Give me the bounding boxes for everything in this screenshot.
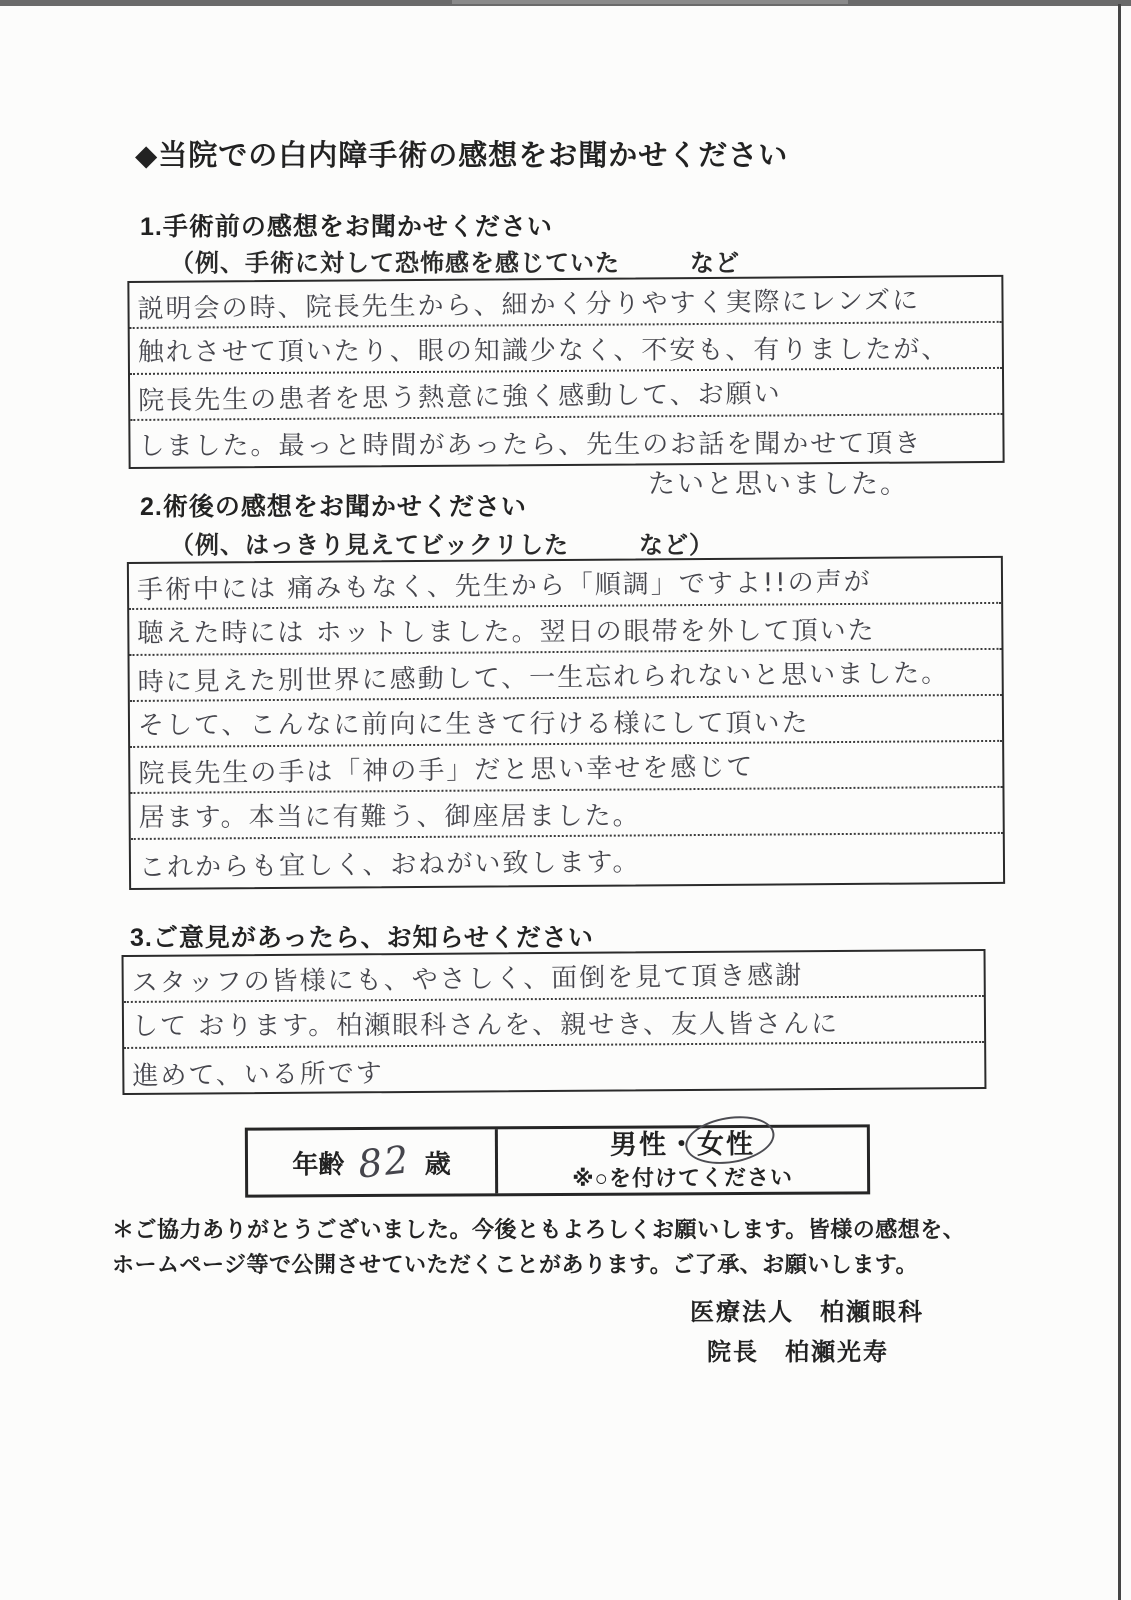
handwritten-line: しました。最っと時間があったら、先生のお話を聞かせて頂き [138, 423, 922, 463]
answer-row: 聴えた時には ホットしました。翌日の眼帯を外して頂いた [129, 604, 1001, 656]
signature-organization: 医療法人 柏瀬眼科 [690, 1292, 924, 1327]
handwritten-line: 院長先生の手は「神の手」だと思い幸せを感じて [138, 746, 754, 790]
gender-female-wrap: 女性 [697, 1128, 755, 1158]
section-2-example: （例、はっきり見えてビックリした など） [170, 525, 714, 560]
section-1-example-suffix: など [690, 243, 740, 278]
answer-row: 院長先生の患者を思う熱意に強く感動して、お願い [130, 369, 1002, 421]
section-1-example: （例、手術に対して恐怖感を感じていた など [170, 243, 740, 278]
gender-cell: 男性・女性 ※○を付けてください [498, 1127, 867, 1193]
answer-row: 進めて、いる所です [124, 1043, 984, 1095]
answer-row: 居ます。本当に有難う、御座居ました。 [130, 788, 1002, 840]
handwritten-line: して おります。柏瀬眼科さんを、親せき、友人皆さんに [132, 1003, 839, 1042]
answer-box-1: 説明会の時、院長先生から、細かく分りやすく実際にレンズに 触れさせて頂いたり、眼… [127, 275, 1004, 469]
answer-row: 時に見えた別世界に感動して、一生忘れられないと思いました。 [130, 650, 1002, 702]
handwritten-line: 説明会の時、院長先生から、細かく分りやすく実際にレンズに [137, 280, 920, 326]
section-2-heading: 2.術後の感想をお聞かせください [140, 487, 527, 523]
gender-male-label: 男性 [610, 1129, 668, 1159]
handwritten-line: 居ます。本当に有難う、御座居ました。 [139, 795, 641, 834]
handwritten-line: これからも宜しく、おねがい致します。 [139, 841, 641, 884]
handwritten-line: 触れさせて頂いたり、眼の知識少なく、不安も、有りましたが、 [138, 329, 950, 369]
profile-table: 年齢 82 歳 男性・女性 ※○を付けてください [245, 1124, 870, 1197]
handwritten-line: そして、こんなに前向に生きて行ける様にして頂いた [138, 702, 810, 741]
answer-1-overflow-line: たいと思いました。 [648, 462, 909, 501]
section-1-heading: 1.手術前の感想をお聞かせください [140, 207, 553, 243]
answer-box-2: 手術中には 痛みもなく、先生から「順調」ですよ!!の声が 聴えた時には ホットし… [127, 556, 1005, 890]
age-unit-label: 歳 [425, 1143, 451, 1180]
answer-row: スタッフの皆様にも、やさしく、面倒を見て頂き感謝 [124, 951, 984, 1003]
answer-row: 説明会の時、院長先生から、細かく分りやすく実際にレンズに [129, 277, 1001, 329]
handwritten-line: 進めて、いる所です [132, 1053, 384, 1093]
handwritten-line: 時に見えた別世界に感動して、一生忘れられないと思いました。 [137, 652, 949, 698]
answer-row: して おります。柏瀬眼科さんを、親せき、友人皆さんに [124, 997, 984, 1049]
section-2-example-text: （例、はっきり見えてビックリした [170, 525, 569, 560]
handwritten-line: 手術中には 痛みもなく、先生から「順調」ですよ!!の声が [137, 561, 872, 606]
answer-row: 院長先生の手は「神の手」だと思い幸せを感じて [130, 742, 1002, 794]
handwritten-line: 院長先生の患者を思う熱意に強く感動して、お願い [138, 373, 782, 417]
gender-instruction: ※○を付けてください [572, 1160, 793, 1192]
section-1-example-text: （例、手術に対して恐怖感を感じていた [170, 243, 620, 278]
footer-note: ＊ご協力ありがとうございました。今後ともよろしくお願いします。皆様の感想を、 ホ… [112, 1212, 965, 1282]
answer-row: そして、こんなに前向に生きて行ける様にして頂いた [130, 696, 1002, 748]
answer-row: これからも宜しく、おねがい致します。 [131, 834, 1003, 886]
section-2-example-suffix: など） [639, 525, 714, 560]
handwritten-line: スタッフの皆様にも、やさしく、面倒を見て頂き感謝 [131, 955, 803, 1000]
scan-edge-top [0, 0, 1131, 6]
age-label: 年齢 [292, 1144, 344, 1181]
answer-box-3: スタッフの皆様にも、やさしく、面倒を見て頂き感謝 して おります。柏瀬眼科さんを… [122, 949, 987, 1095]
gender-options: 男性・女性 [610, 1128, 755, 1159]
scan-edge-right [1118, 4, 1121, 1600]
footer-note-line-2: ホームページ等で公開させていただくことがあります。ご了承、お願いします。 [112, 1247, 965, 1282]
handwritten-line: 聴えた時には ホットしました。翌日の眼帯を外して頂いた [137, 610, 875, 650]
age-value-handwritten: 82 [356, 1137, 413, 1186]
age-cell: 年齢 82 歳 [248, 1129, 498, 1194]
answer-row: 触れさせて頂いたり、眼の知識少なく、不安も、有りましたが、 [130, 323, 1002, 375]
page-title: ◆当院での白内障手術の感想をお聞かせください [135, 133, 788, 174]
answer-row: しました。最っと時間があったら、先生のお話を聞かせて頂き [130, 415, 1002, 467]
footer-note-line-1: ＊ご協力ありがとうございました。今後ともよろしくお願いします。皆様の感想を、 [112, 1212, 965, 1247]
signature-director: 院長 柏瀬光寿 [707, 1332, 889, 1367]
answer-row: 手術中には 痛みもなく、先生から「順調」ですよ!!の声が [129, 558, 1001, 610]
section-3-heading: 3.ご意見があったら、お知らせください [130, 918, 594, 954]
